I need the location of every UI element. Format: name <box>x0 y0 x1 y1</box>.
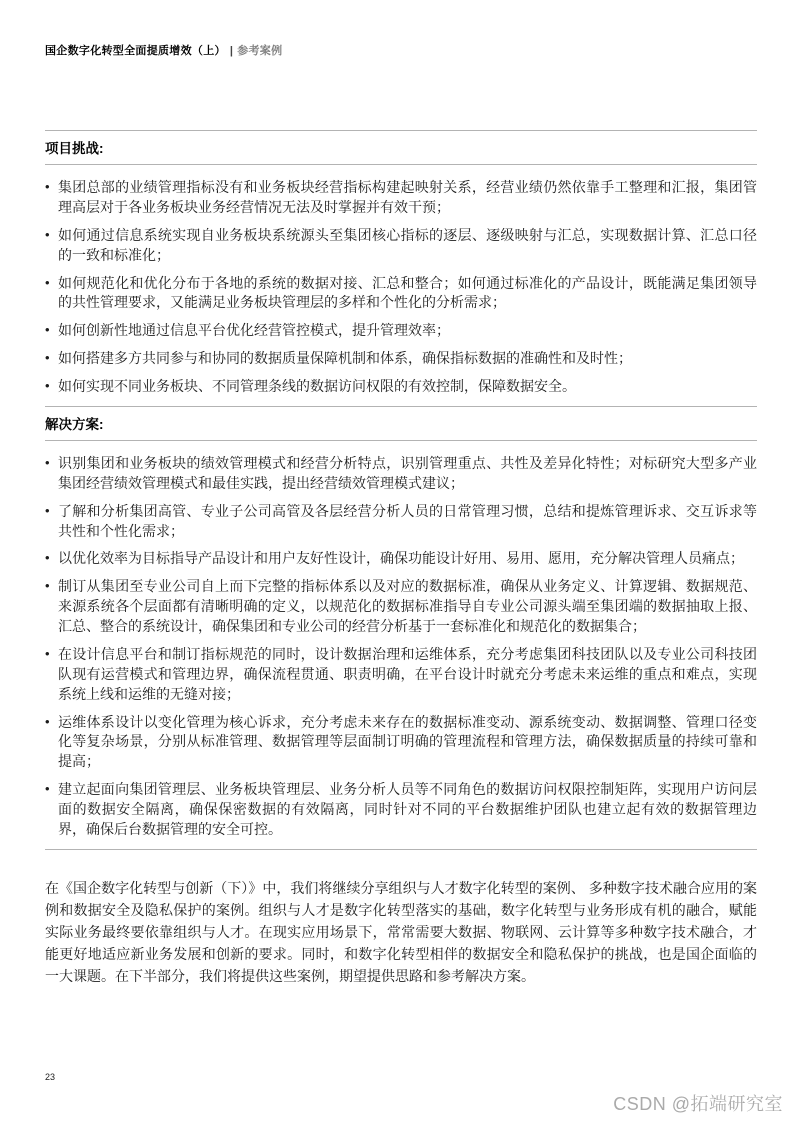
header-title: 国企数字化转型全面提质增效（上） <box>45 45 226 57</box>
solution-item-text: 在设计信息平台和制订指标规范的同时，设计数据治理和运维体系，充分考虑集团科技团队… <box>58 646 757 702</box>
bullet-icon: • <box>45 549 50 567</box>
challenge-list-item: •集团总部的业绩管理指标没有和业务板块经营指标构建起映射关系，经营业绩仍然依靠手… <box>45 178 757 218</box>
solutions-section: 解决方案: •识别集团和业务板块的绩效管理模式和经营分析特点，识别管理重点、共性… <box>45 406 757 849</box>
solutions-list: •识别集团和业务板块的绩效管理模式和经营分析特点，识别管理重点、共性及差异化特性… <box>45 441 757 849</box>
challenge-item-text: 如何搭建多方共同参与和协同的数据质量保障机制和体系，确保指标数据的准确性和及时性… <box>58 350 632 366</box>
challenge-list-item: •如何创新性地通过信息平台优化经营管控模式，提升管理效率； <box>45 321 757 341</box>
challenge-item-text: 如何实现不同业务板块、不同管理条线的数据访问权限的有效控制，保障数据安全。 <box>58 378 576 394</box>
bullet-icon: • <box>45 321 50 339</box>
bullet-icon: • <box>45 713 50 731</box>
challenge-item-text: 集团总部的业绩管理指标没有和业务板块经营指标构建起映射关系，经营业绩仍然依靠手工… <box>58 179 757 215</box>
challenges-list: •集团总部的业绩管理指标没有和业务板块经营指标构建起映射关系，经营业绩仍然依靠手… <box>45 165 757 406</box>
challenge-list-item: •如何实现不同业务板块、不同管理条线的数据访问权限的有效控制，保障数据安全。 <box>45 377 757 397</box>
challenge-list-item: •如何规范化和优化分布于各地的系统的数据对接、汇总和整合；如何通过标准化的产品设… <box>45 274 757 314</box>
solution-list-item: •建立起面向集团管理层、业务板块管理层、业务分析人员等不同角色的数据访问权限控制… <box>45 780 757 840</box>
bullet-icon: • <box>45 780 50 798</box>
solution-list-item: •在设计信息平台和制订指标规范的同时，设计数据治理和运维体系，充分考虑集团科技团… <box>45 645 757 705</box>
closing-paragraph: 在《国企数字化转型与创新（下）》中，我们将继续分享组织与人才数字化转型的案例、 … <box>45 877 757 988</box>
solution-item-text: 运维体系设计以变化管理为核心诉求，充分考虑未来存在的数据标准变动、源系统变动、数… <box>58 714 757 770</box>
bullet-icon: • <box>45 274 50 292</box>
solution-item-text: 建立起面向集团管理层、业务板块管理层、业务分析人员等不同角色的数据访问权限控制矩… <box>58 781 757 837</box>
solution-list-item: •运维体系设计以变化管理为核心诉求，充分考虑未来存在的数据标准变动、源系统变动、… <box>45 713 757 773</box>
page-number: 23 <box>45 1072 55 1082</box>
bullet-icon: • <box>45 349 50 367</box>
header-separator: | <box>226 45 237 57</box>
challenge-item-text: 如何通过信息系统实现自业务板块系统源头至集团核心指标的逐层、逐级映射与汇总，实现… <box>58 227 757 263</box>
bullet-icon: • <box>45 502 50 520</box>
challenge-list-item: •如何搭建多方共同参与和协同的数据质量保障机制和体系，确保指标数据的准确性和及时… <box>45 349 757 369</box>
bullet-icon: • <box>45 454 50 472</box>
solution-item-text: 以优化效率为目标指导产品设计和用户友好性设计，确保功能设计好用、易用、愿用，充分… <box>58 550 744 566</box>
header-subtitle: 参考案例 <box>237 45 282 57</box>
bullet-icon: • <box>45 577 50 595</box>
document-body: 项目挑战: •集团总部的业绩管理指标没有和业务板块经营指标构建起映射关系，经营业… <box>45 130 757 987</box>
solution-list-item: •识别集团和业务板块的绩效管理模式和经营分析特点，识别管理重点、共性及差异化特性… <box>45 454 757 494</box>
solution-item-text: 了解和分析集团高管、专业子公司高管及各层经营分析人员的日常管理习惯，总结和提炼管… <box>58 503 757 539</box>
document-page: 国企数字化转型全面提质增效（上）|参考案例 项目挑战: •集团总部的业绩管理指标… <box>0 0 793 1122</box>
section-divider <box>45 849 757 850</box>
solution-list-item: •以优化效率为目标指导产品设计和用户友好性设计，确保功能设计好用、易用、愿用，充… <box>45 549 757 569</box>
solutions-title: 解决方案: <box>45 413 757 433</box>
bullet-icon: • <box>45 377 50 395</box>
solution-list-item: •了解和分析集团高管、专业子公司高管及各层经营分析人员的日常管理习惯，总结和提炼… <box>45 502 757 542</box>
solutions-heading-box: 解决方案: <box>45 406 757 441</box>
bullet-icon: • <box>45 645 50 663</box>
solution-item-text: 识别集团和业务板块的绩效管理模式和经营分析特点，识别管理重点、共性及差异化特性；… <box>58 455 757 491</box>
challenge-item-text: 如何创新性地通过信息平台优化经营管控模式，提升管理效率； <box>58 322 450 338</box>
challenge-list-item: •如何通过信息系统实现自业务板块系统源头至集团核心指标的逐层、逐级映射与汇总，实… <box>45 226 757 266</box>
challenges-heading-box: 项目挑战: <box>45 130 757 165</box>
challenge-item-text: 如何规范化和优化分布于各地的系统的数据对接、汇总和整合；如何通过标准化的产品设计… <box>58 275 757 311</box>
solution-list-item: •制订从集团至专业公司自上而下完整的指标体系以及对应的数据标准，确保从业务定义、… <box>45 577 757 637</box>
watermark: CSDN @拓端研究室 <box>613 1090 783 1116</box>
bullet-icon: • <box>45 226 50 244</box>
page-header: 国企数字化转型全面提质增效（上）|参考案例 <box>45 42 755 58</box>
solution-item-text: 制订从集团至专业公司自上而下完整的指标体系以及对应的数据标准，确保从业务定义、计… <box>58 578 757 634</box>
challenges-section: 项目挑战: •集团总部的业绩管理指标没有和业务板块经营指标构建起映射关系，经营业… <box>45 130 757 406</box>
bullet-icon: • <box>45 178 50 196</box>
challenges-title: 项目挑战: <box>45 137 757 157</box>
